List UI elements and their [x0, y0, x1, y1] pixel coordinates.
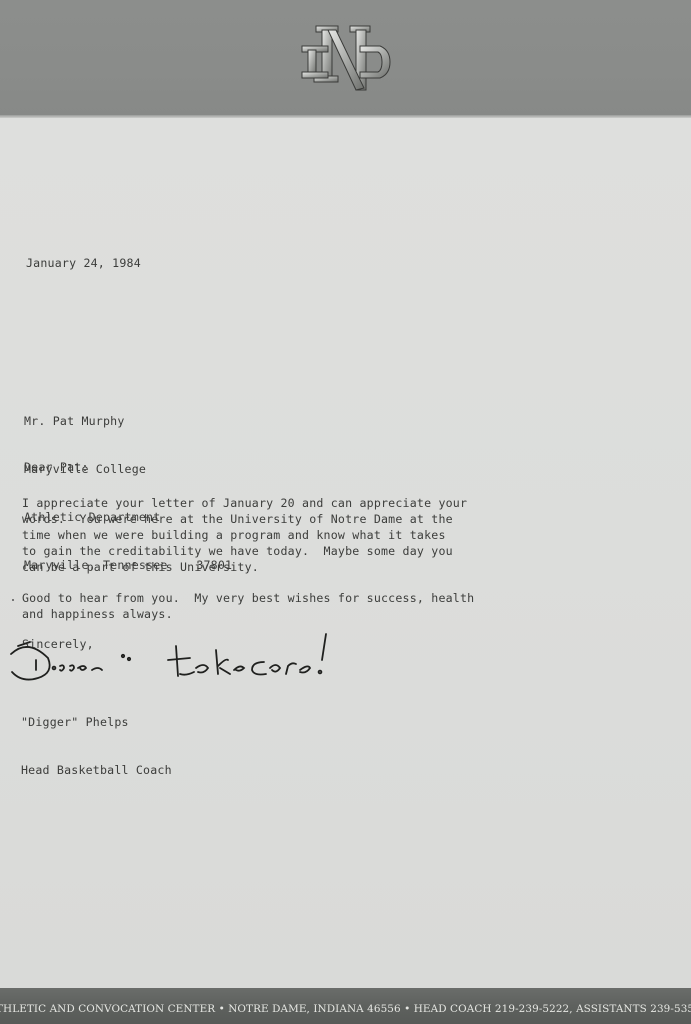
- signer-name: "Digger" Phelps: [21, 714, 172, 730]
- letter-date: January 24, 1984: [26, 255, 141, 271]
- letterhead-header: [0, 0, 691, 116]
- notre-dame-logo-icon: [300, 20, 392, 96]
- handwritten-signature-icon: [8, 628, 338, 688]
- stray-mark: [12, 599, 14, 601]
- signature-block: "Digger" Phelps Head Basketball Coach: [21, 682, 172, 794]
- recipient-line: Mr. Pat Murphy: [24, 413, 232, 429]
- letterhead-footer: THLETIC AND CONVOCATION CENTER • NOTRE D…: [0, 988, 691, 1024]
- body-paragraph: Good to hear from you. My very best wish…: [22, 590, 474, 622]
- body-paragraph: I appreciate your letter of January 20 a…: [22, 495, 467, 575]
- footer-address: THLETIC AND CONVOCATION CENTER • NOTRE D…: [0, 1003, 691, 1015]
- salutation: Dear Pat:: [24, 459, 89, 475]
- signer-title: Head Basketball Coach: [21, 762, 172, 778]
